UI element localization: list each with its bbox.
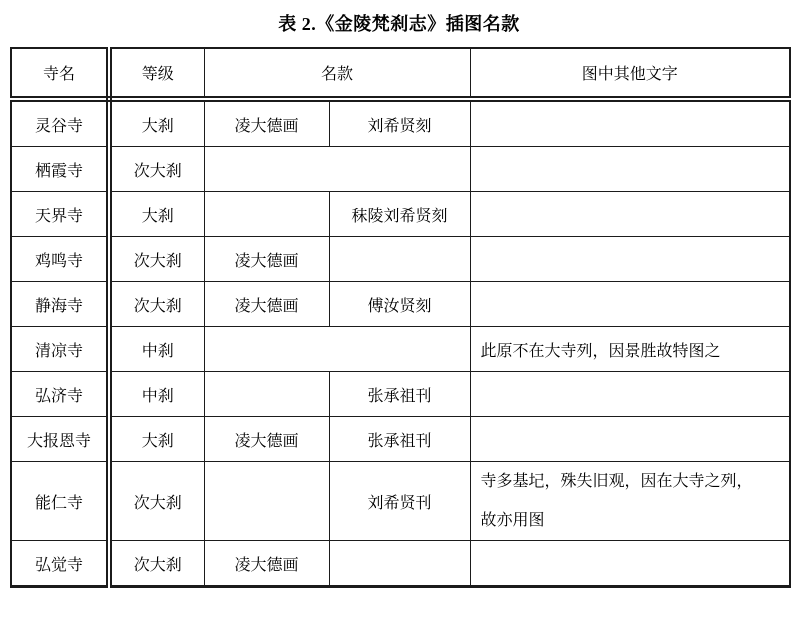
- other-text-cell: [470, 147, 790, 192]
- rank-cell: 次大刹: [109, 147, 204, 192]
- temple-name-cell: 清凉寺: [11, 327, 109, 372]
- carver-cell: [329, 541, 470, 587]
- header-inscription: 名款: [204, 48, 470, 99]
- carver-cell: 张承祖刊: [329, 372, 470, 417]
- temple-name-cell: 栖霞寺: [11, 147, 109, 192]
- other-text-cell: 此原不在大寺列，因景胜故特图之: [470, 327, 790, 372]
- table-row: 灵谷寺 大刹 凌大德画 刘希贤刻: [11, 99, 790, 147]
- header-other-text: 图中其他文字: [470, 48, 790, 99]
- painter-cell: 凌大德画: [204, 541, 329, 587]
- painter-cell: 凌大德画: [204, 417, 329, 462]
- rank-cell: 中刹: [109, 372, 204, 417]
- carver-cell: [329, 237, 470, 282]
- header-rank: 等级: [109, 48, 204, 99]
- other-text-cell: [470, 372, 790, 417]
- carver-cell: 秣陵刘希贤刻: [329, 192, 470, 237]
- carver-cell: 刘希贤刊: [329, 462, 470, 541]
- rank-cell: 大刹: [109, 192, 204, 237]
- rank-cell: 次大刹: [109, 282, 204, 327]
- temple-name-cell: 鸡鸣寺: [11, 237, 109, 282]
- other-text-cell: [470, 282, 790, 327]
- other-text-cell: [470, 417, 790, 462]
- table-caption: 表 2.《金陵梵刹志》插图名款: [0, 0, 798, 36]
- temple-name-cell: 大报恩寺: [11, 417, 109, 462]
- table-row: 弘济寺 中刹 张承祖刊: [11, 372, 790, 417]
- carver-cell: 傅汝贤刻: [329, 282, 470, 327]
- rank-cell: 次大刹: [109, 462, 204, 541]
- table-row: 大报恩寺 大刹 凌大德画 张承祖刊: [11, 417, 790, 462]
- other-text-cell: [470, 237, 790, 282]
- temple-name-cell: 天界寺: [11, 192, 109, 237]
- table-row: 栖霞寺 次大刹: [11, 147, 790, 192]
- painter-cell: [204, 462, 329, 541]
- carver-cell: 刘希贤刻: [329, 99, 470, 147]
- table-row: 静海寺 次大刹 凌大德画 傅汝贤刻: [11, 282, 790, 327]
- temple-name-cell: 弘济寺: [11, 372, 109, 417]
- rank-cell: 中刹: [109, 327, 204, 372]
- temple-name-cell: 能仁寺: [11, 462, 109, 541]
- painter-cell: 凌大德画: [204, 237, 329, 282]
- temple-name-cell: 弘觉寺: [11, 541, 109, 587]
- other-text-cell: 寺多基圮，殊失旧观，因在大寺之列， 故亦用图: [470, 462, 790, 541]
- header-row: 寺名 等级 名款 图中其他文字: [11, 48, 790, 99]
- painter-cell: 凌大德画: [204, 282, 329, 327]
- other-text-cell: [470, 99, 790, 147]
- inscription-cell: [204, 327, 470, 372]
- rank-cell: 次大刹: [109, 541, 204, 587]
- other-text-cell: [470, 192, 790, 237]
- carver-cell: 张承祖刊: [329, 417, 470, 462]
- document-page: 表 2.《金陵梵刹志》插图名款 寺名 等级 名款 图中其他文字 灵谷寺 大刹 凌…: [0, 0, 798, 617]
- rank-cell: 大刹: [109, 99, 204, 147]
- table-row: 能仁寺 次大刹 刘希贤刊 寺多基圮，殊失旧观，因在大寺之列， 故亦用图: [11, 462, 790, 541]
- table-row: 鸡鸣寺 次大刹 凌大德画: [11, 237, 790, 282]
- painter-cell: [204, 192, 329, 237]
- table-row: 弘觉寺 次大刹 凌大德画: [11, 541, 790, 587]
- rank-cell: 大刹: [109, 417, 204, 462]
- rank-cell: 次大刹: [109, 237, 204, 282]
- other-text-cell: [470, 541, 790, 587]
- temple-name-cell: 灵谷寺: [11, 99, 109, 147]
- inscription-cell: [204, 147, 470, 192]
- header-temple-name: 寺名: [11, 48, 109, 99]
- table-row: 清凉寺 中刹 此原不在大寺列，因景胜故特图之: [11, 327, 790, 372]
- illustration-signature-table: 寺名 等级 名款 图中其他文字 灵谷寺 大刹 凌大德画 刘希贤刻 栖霞寺 次大刹: [10, 47, 791, 588]
- painter-cell: 凌大德画: [204, 99, 329, 147]
- temple-name-cell: 静海寺: [11, 282, 109, 327]
- table-row: 天界寺 大刹 秣陵刘希贤刻: [11, 192, 790, 237]
- painter-cell: [204, 372, 329, 417]
